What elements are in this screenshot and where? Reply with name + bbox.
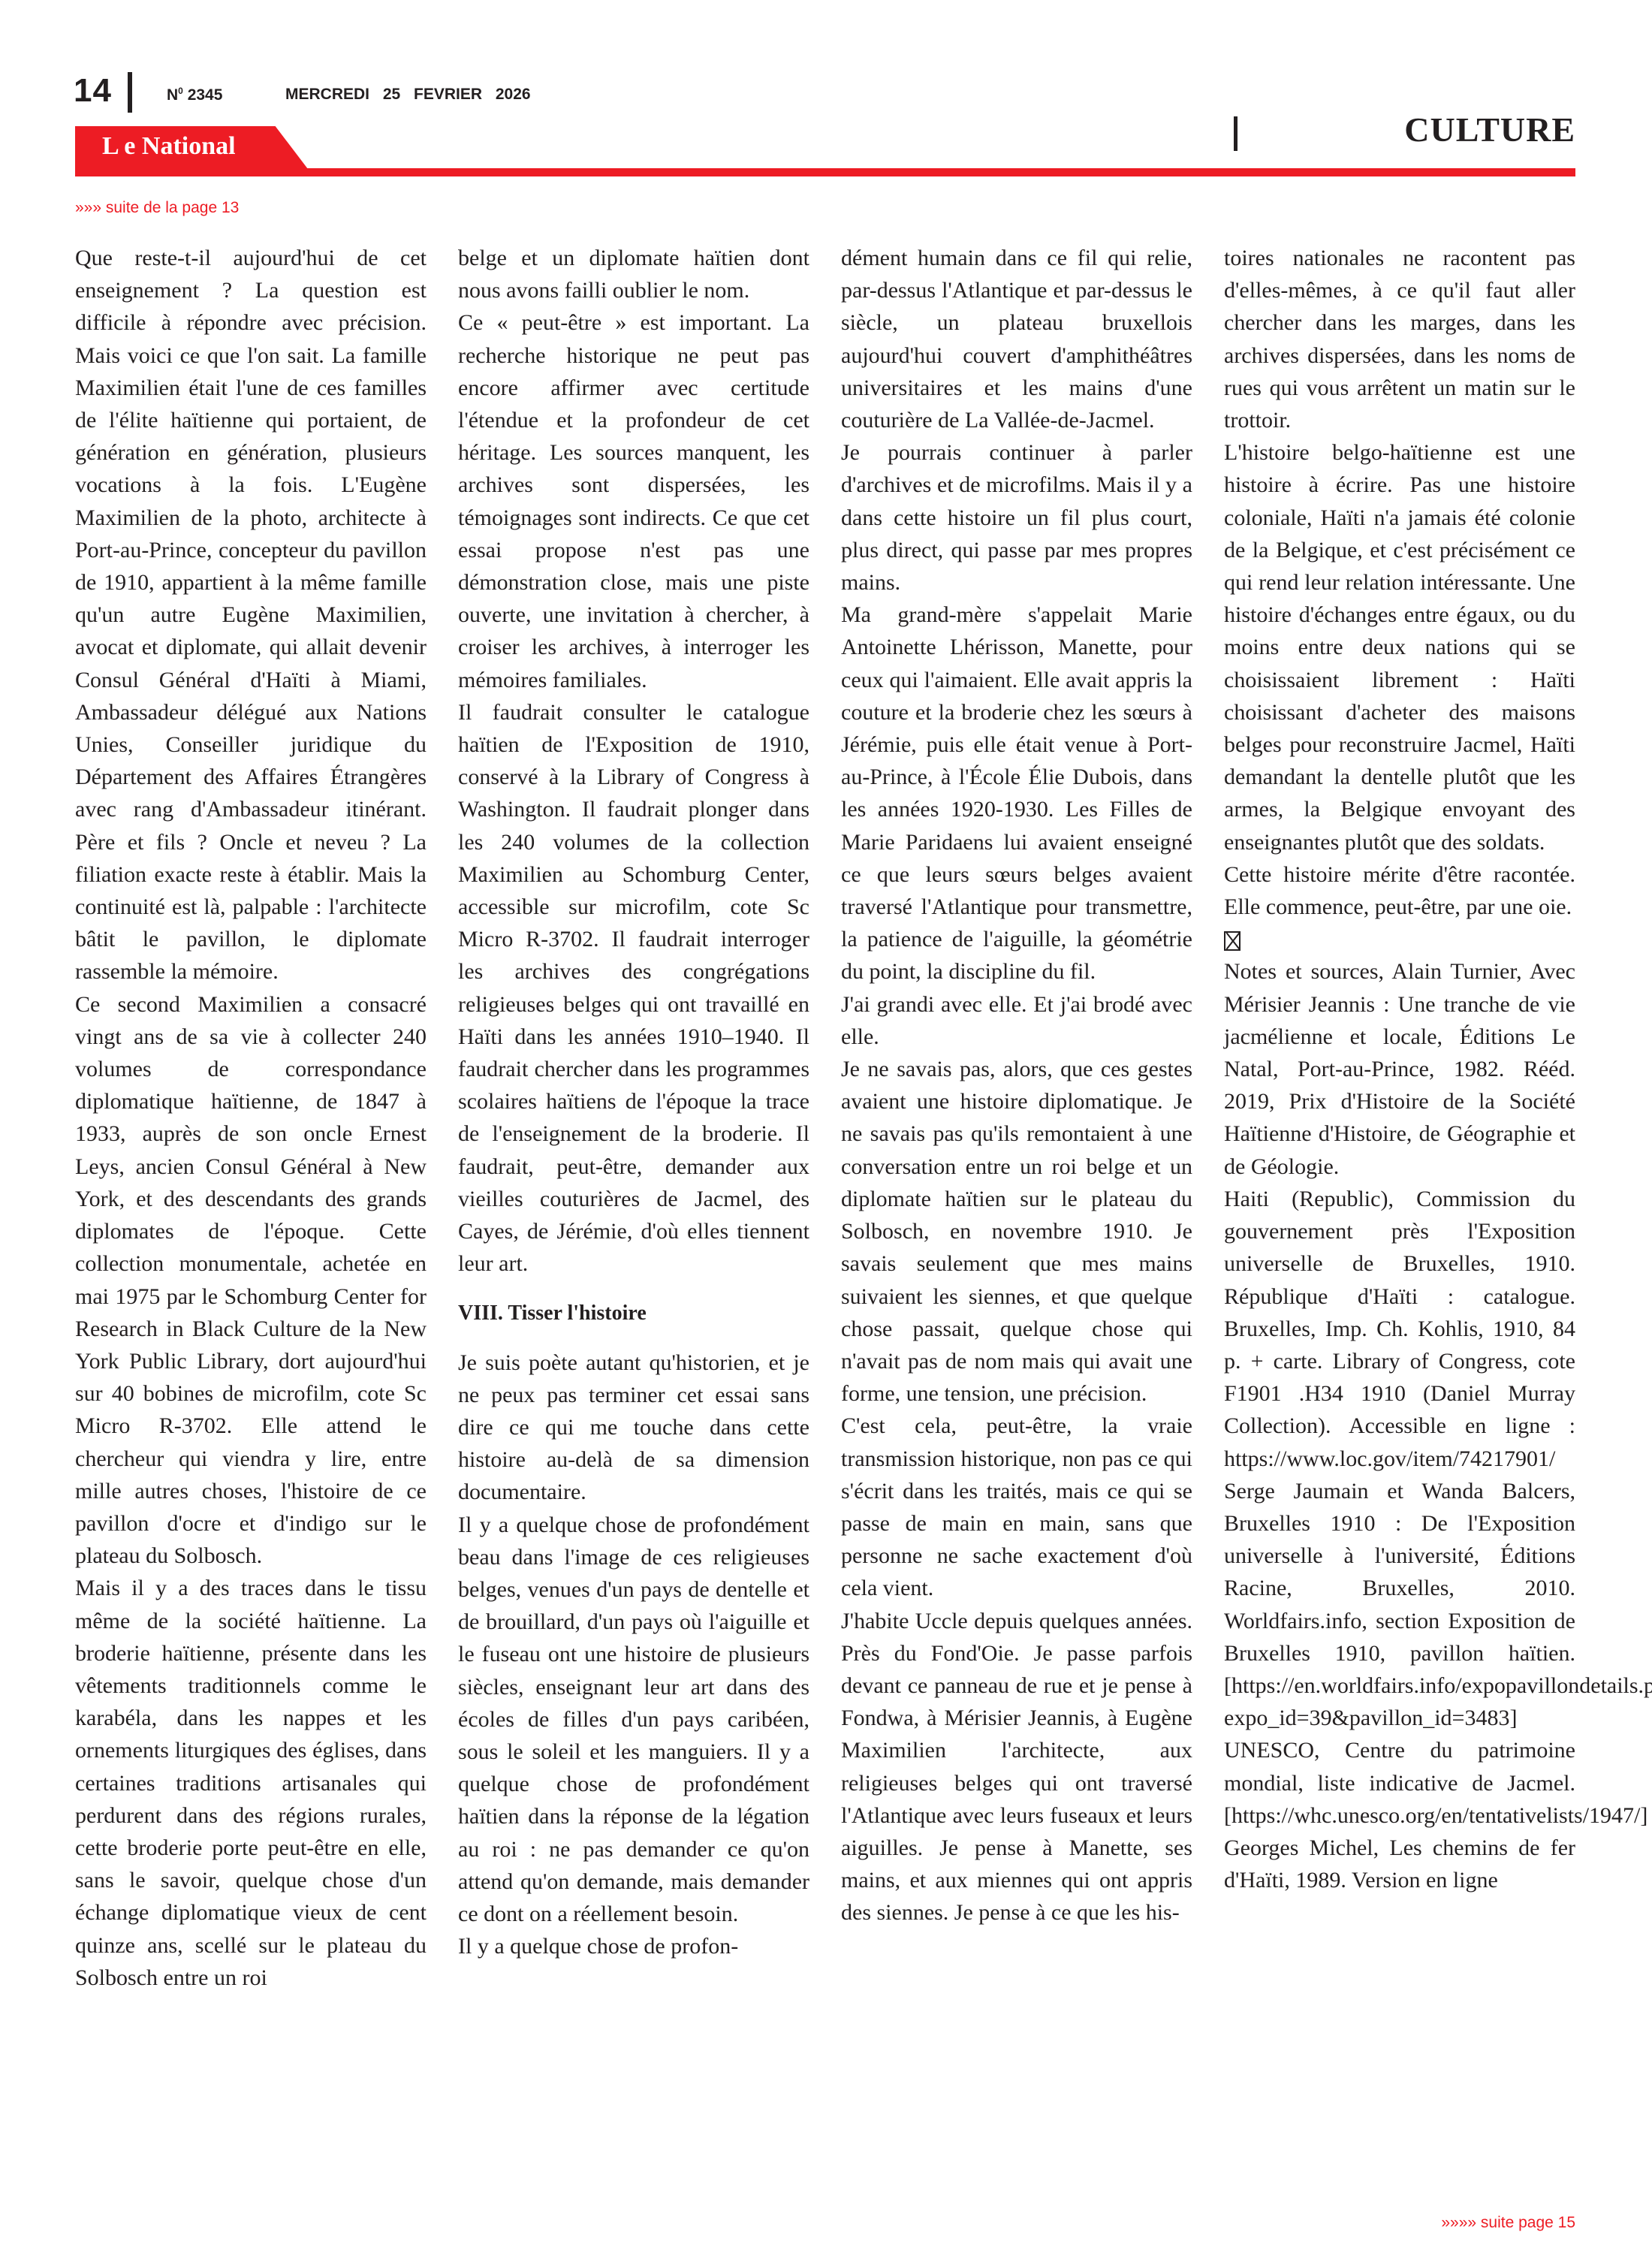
paragraph: Il y a quelque chose de profon-: [458, 1930, 809, 1962]
paragraph: Je ne savais pas, alors, que ces gestes …: [841, 1053, 1192, 1410]
issue-number: N0 2345: [167, 86, 222, 104]
paragraph: J'habite Uccle depuis quelques années. P…: [841, 1605, 1192, 1929]
column-2: belge et un diplomate haïtien dont nous …: [458, 242, 809, 2194]
masthead: 14 N0 2345 MERCREDI 25 FEVRIER 2026 L e …: [0, 0, 1652, 180]
end-mark: [1224, 923, 1575, 955]
note: Serge Jaumain et Wanda Balcers, Bruxelle…: [1224, 1475, 1575, 1735]
paragraph: dément humain dans ce fil qui relie, par…: [841, 242, 1192, 436]
issue-prefix: N: [167, 86, 178, 104]
page-number: 14: [74, 72, 112, 110]
paragraph: Je pourrais continuer à parler d'archive…: [841, 436, 1192, 599]
paragraph: belge et un diplomate haïtien dont nous …: [458, 242, 809, 306]
paragraph: J'ai grandi avec elle. Et j'ai brodé ave…: [841, 988, 1192, 1053]
article-body: Que reste-t-il aujourd'hui de cet enseig…: [75, 242, 1575, 2194]
paragraph: Que reste-t-il aujourd'hui de cet enseig…: [75, 242, 427, 988]
note: Haiti (Republic), Commission du gouverne…: [1224, 1183, 1575, 1475]
divider: [1234, 116, 1237, 151]
issue-sup: 0: [178, 86, 183, 96]
paragraph: Il faudrait consulter le catalogue haïti…: [458, 696, 809, 1280]
note: Georges Michel, Les chemins de fer d'Haï…: [1224, 1832, 1575, 1896]
column-4: toires nationales ne racontent pas d'ell…: [1224, 242, 1575, 2194]
paragraph: Ce second Maximilien a consacré vingt an…: [75, 988, 427, 1573]
continued-from-link: »»» suite de la page 13: [75, 199, 239, 217]
paragraph: Il y a quelque chose de profondément bea…: [458, 1509, 809, 1931]
column-3: dément humain dans ce fil qui relie, par…: [841, 242, 1192, 2194]
note: UNESCO, Centre du patrimoine mondial, li…: [1224, 1734, 1575, 1832]
paragraph: Je suis poète autant qu'historien, et je…: [458, 1347, 809, 1509]
paragraph: C'est cela, peut-être, la vraie transmis…: [841, 1410, 1192, 1604]
paragraph: toires nationales ne racontent pas d'ell…: [1224, 242, 1575, 436]
continued-to-link: »»»» suite page 15: [1441, 2214, 1575, 2232]
paragraph: Cette histoire mérite d'être racontée. E…: [1224, 858, 1575, 923]
brand-logo: L e National: [102, 132, 236, 161]
missing-glyph-icon: [1224, 931, 1241, 951]
paragraph: Ce « peut-être » est important. La reche…: [458, 306, 809, 695]
section-title: CULTURE: [1404, 110, 1575, 149]
section-heading: VIII. Tisser l'histoire: [458, 1298, 809, 1329]
issue-value: 2345: [188, 86, 223, 104]
note: Notes et sources, Alain Turnier, Avec Mé…: [1224, 955, 1575, 1182]
paragraph: Mais il y a des traces dans le tissu mêm…: [75, 1572, 427, 1994]
header-rule: [75, 168, 1575, 176]
divider: [128, 72, 132, 113]
column-1: Que reste-t-il aujourd'hui de cet enseig…: [75, 242, 427, 2194]
issue-date: MERCREDI 25 FEVRIER 2026: [285, 86, 531, 104]
paragraph: L'histoire belgo-haïtienne est une histo…: [1224, 436, 1575, 858]
paragraph: Ma grand-mère s'appelait Marie Antoinett…: [841, 599, 1192, 988]
